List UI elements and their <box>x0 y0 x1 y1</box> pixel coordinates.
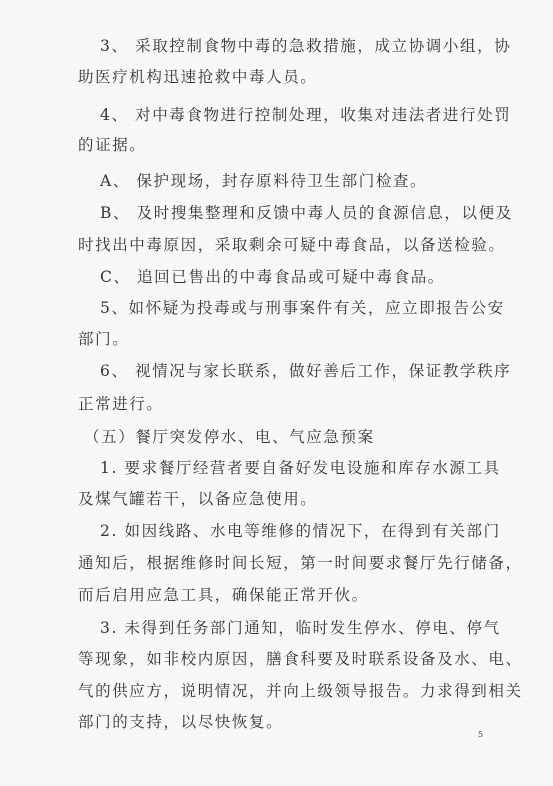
item-5-line-1: 5、如怀疑为投毒或与刑事案件有关，应立即报告公安 <box>100 298 505 318</box>
item-6-line-2: 正常进行。 <box>78 394 164 414</box>
item-3-line-2: 助医疗机构迅速抢救中毒人员。 <box>78 67 317 87</box>
item-4-line-2: 的证据。 <box>78 135 146 155</box>
plan-item-3-line-4: 部门的支持，以尽快恢复。 <box>78 712 283 732</box>
item-c: C、 追回已售出的中毒食品或可疑中毒食品。 <box>100 267 445 287</box>
plan-item-1-line-2: 及煤气罐若干，以备应急使用。 <box>78 489 317 509</box>
document-page: 3、 采取控制食物中毒的急救措施，成立协调小组，协 助医疗机构迅速抢救中毒人员。… <box>0 0 553 786</box>
item-5-line-2: 部门。 <box>78 329 129 349</box>
plan-item-3-line-1: 3. 未得到任务部门通知，临时发生停水、停电、停气 <box>100 618 501 638</box>
item-3-line-1: 3、 采取控制食物中毒的急救措施，成立协调小组，协 <box>100 36 511 56</box>
section-heading-5: （五）餐厅突发停水、电、气应急预案 <box>84 427 375 447</box>
item-a: A、 保护现场，封存原料待卫生部门检查。 <box>100 171 427 191</box>
plan-item-3-line-3: 气的供应方，说明情况，并向上级领导报告。力求得到相关 <box>78 681 523 701</box>
item-6-line-1: 6、 视情况与家长联系，做好善后工作，保证教学秩序 <box>100 361 511 381</box>
plan-item-2-line-3: 而后启用应急工具，确保能正常开伙。 <box>78 585 369 605</box>
plan-item-2-line-1: 2. 如因线路、水电等维修的情况下，在得到有关部门 <box>100 521 501 541</box>
page-number: 5 <box>478 730 483 739</box>
plan-item-2-line-2: 通知后，根据维修时间长短，第一时间要求餐厅先行储备， <box>78 553 523 573</box>
item-b-line-1: B、 及时搜集整理和反馈中毒人员的食源信息，以便及 <box>100 203 513 223</box>
plan-item-1-line-1: 1. 要求餐厅经营者要自备好发电设施和库存水源工具 <box>100 458 501 478</box>
item-b-line-2: 时找出中毒原因，采取剩余可疑中毒食品，以备送检验。 <box>78 235 506 255</box>
item-4-line-1: 4、 对中毒食物进行控制处理，收集对违法者进行处罚 <box>100 105 511 125</box>
plan-item-3-line-2: 等现象，如非校内原因，膳食科要及时联系设备及水、电、 <box>78 649 523 669</box>
